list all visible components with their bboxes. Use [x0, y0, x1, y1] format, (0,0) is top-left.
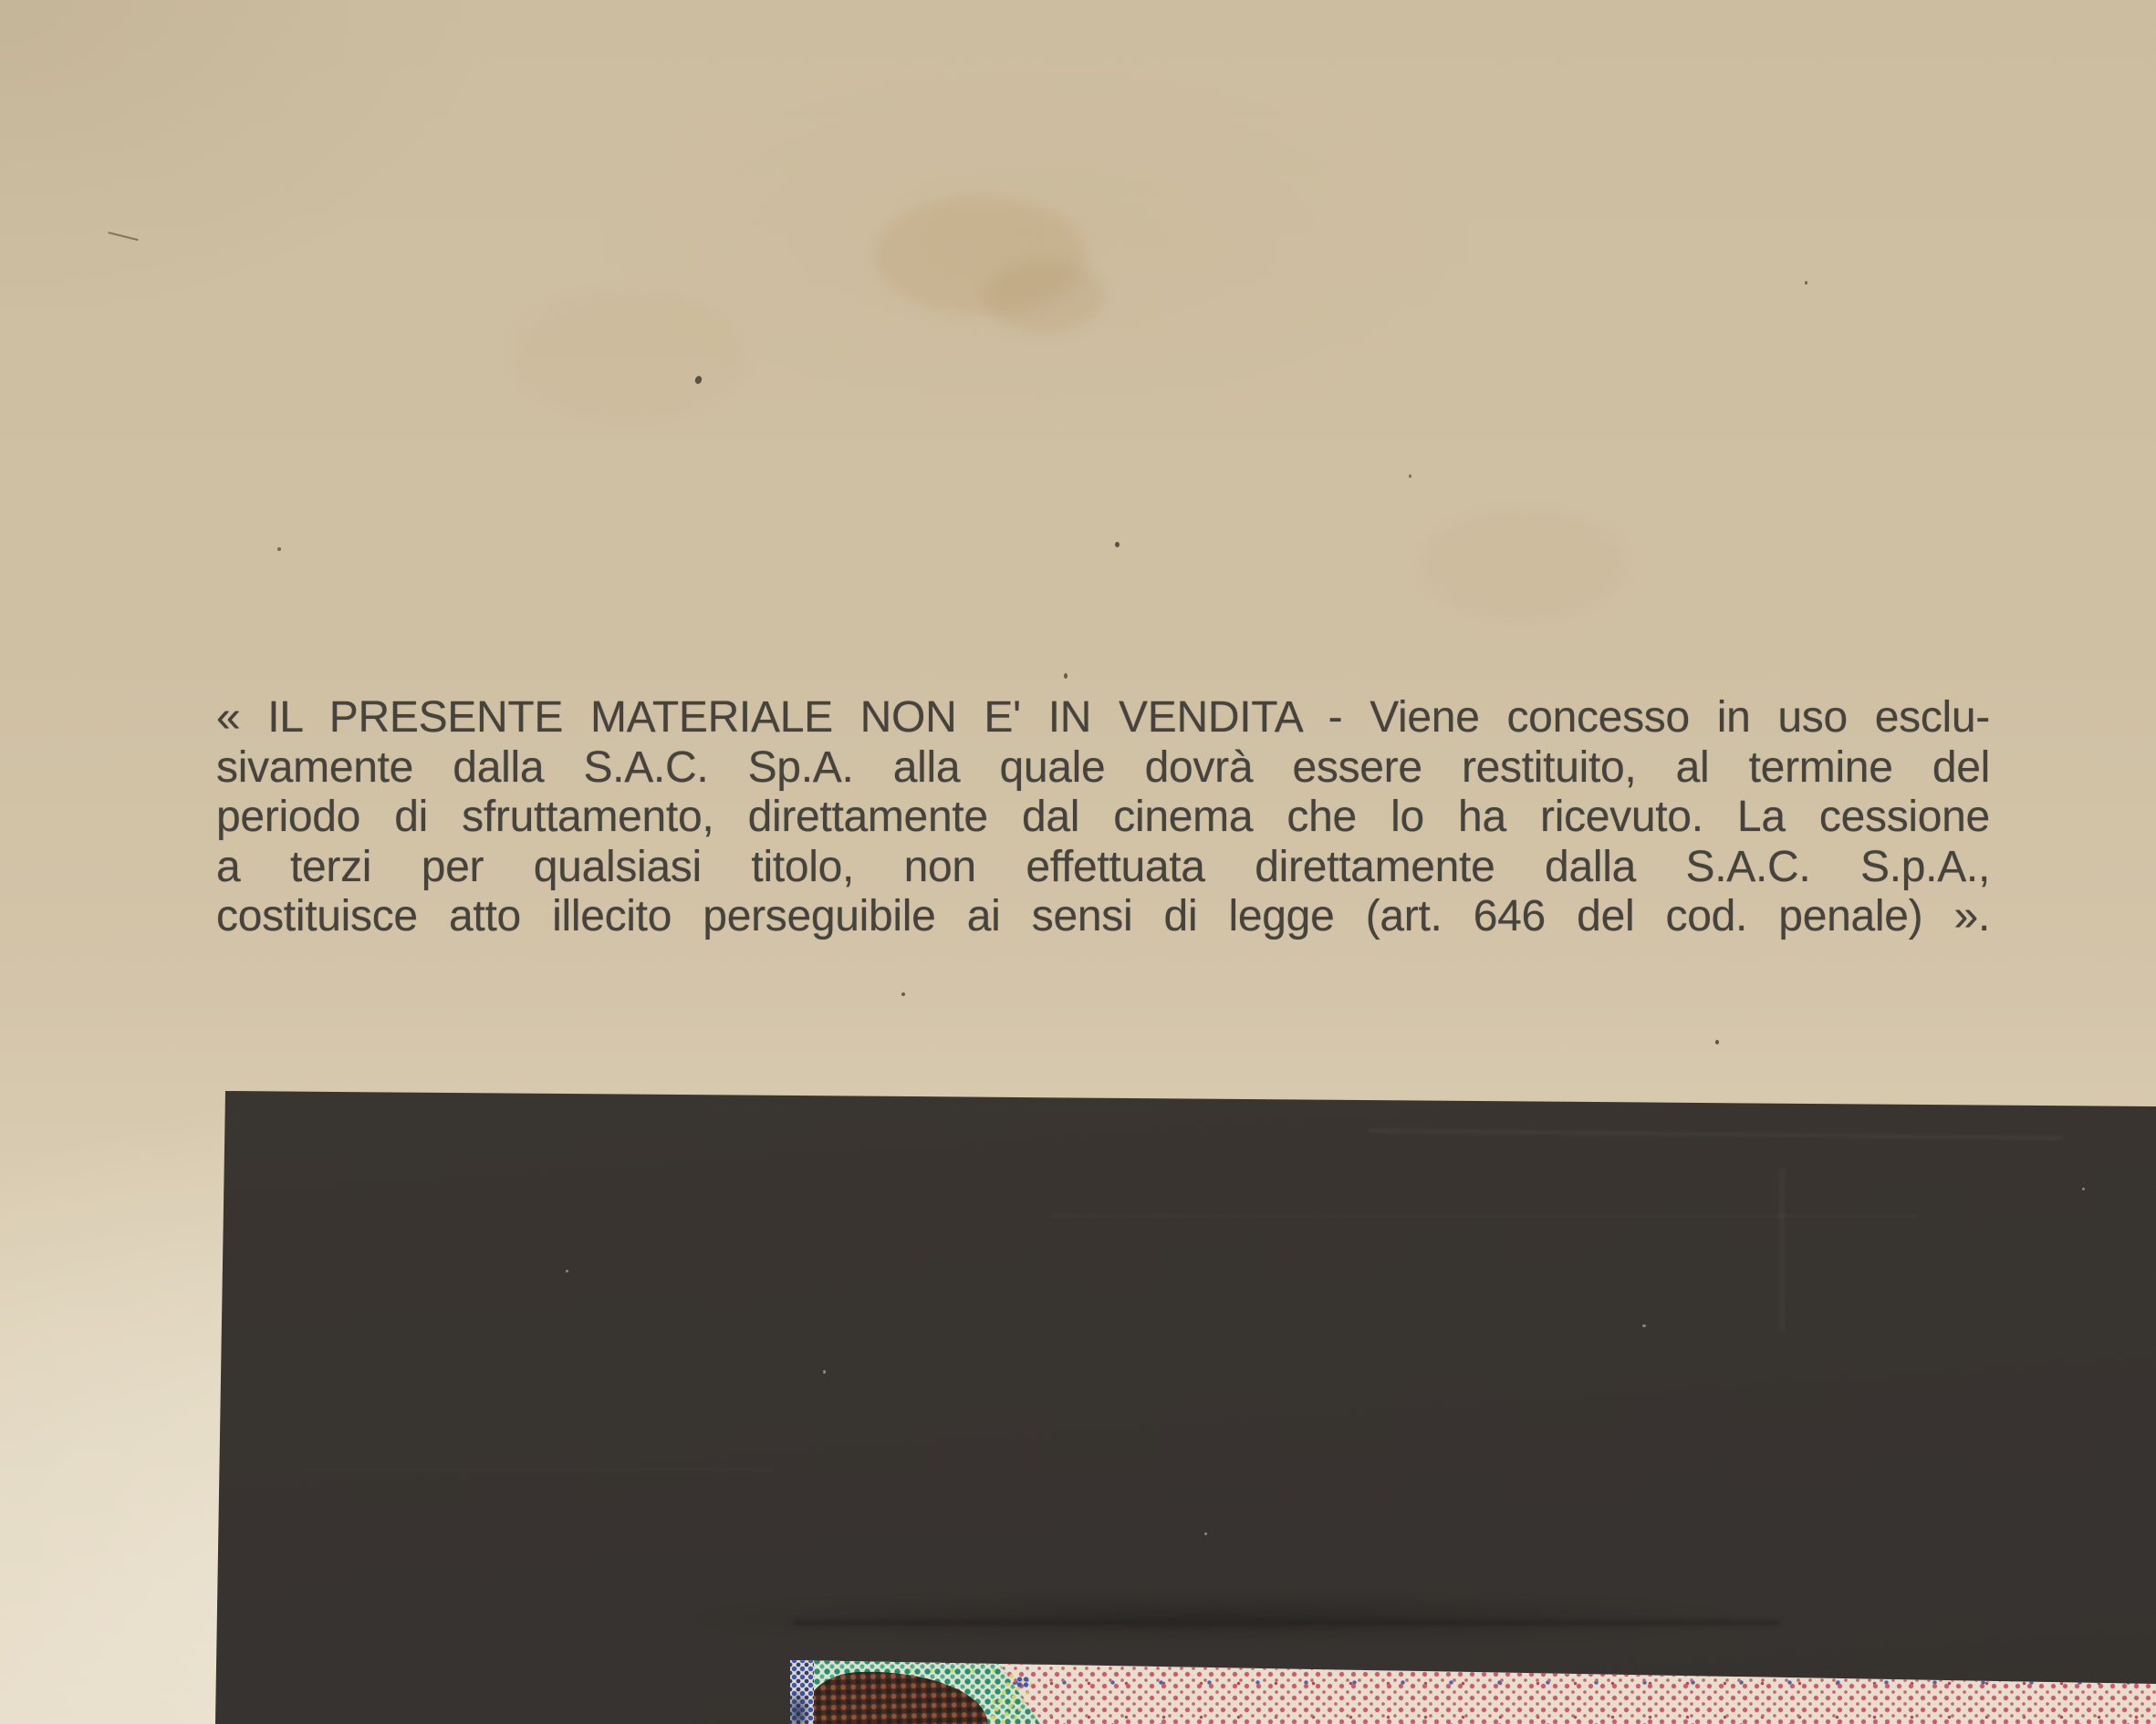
black-sheet-fleck [823, 1370, 826, 1374]
paper-speck [1115, 542, 1120, 547]
disclaimer-line-5: costituisce atto illecito perseguibile a… [216, 892, 1990, 942]
halftone-blue-speck [1016, 1677, 1029, 1688]
disclaimer-line-4: a terzi per qualsiasi titolo, non effett… [216, 843, 1990, 893]
halftone-blue-edge [790, 1656, 814, 1724]
black-sheet-scuff [1049, 1215, 1916, 1217]
disclaimer-text-block: « IL PRESENTE MATERIALE NON E' IN VENDIT… [216, 693, 1990, 942]
black-sheet-scuff [1369, 1129, 2062, 1139]
black-sheet-scuff [301, 1469, 776, 1470]
paper-stain [511, 292, 748, 420]
black-sheet-fleck [1642, 1324, 1646, 1327]
halftone-navy-patch [790, 1688, 810, 1724]
paper-speck [1064, 673, 1068, 679]
paper-speck [277, 547, 281, 551]
paper-speck [1715, 1040, 1719, 1044]
black-sheet-scratch [794, 1620, 1779, 1625]
disclaimer-line-3: periodo di sfruttamento, direttamente da… [216, 793, 1990, 843]
black-sheet-scuff [1779, 1168, 1785, 1332]
poster-back-photo: « IL PRESENTE MATERIALE NON E' IN VENDIT… [0, 0, 2156, 1724]
black-sheet-fleck [1204, 1532, 1207, 1535]
paper-speck [1805, 281, 1807, 285]
disclaimer-line-1: « IL PRESENTE MATERIALE NON E' IN VENDIT… [216, 693, 1990, 743]
paper-speck [1409, 474, 1411, 478]
black-sheet-fleck [2082, 1188, 2085, 1190]
paper-stain [1423, 511, 1624, 620]
black-sheet-fleck [566, 1270, 568, 1272]
paper-speck [901, 992, 905, 996]
disclaimer-line-2: sivamente dalla S.A.C. Sp.A. alla quale … [216, 743, 1990, 794]
black-sheet-shadow-band [630, 1589, 1797, 1642]
paper-stain [985, 260, 1104, 333]
paper-fiber [108, 232, 138, 241]
